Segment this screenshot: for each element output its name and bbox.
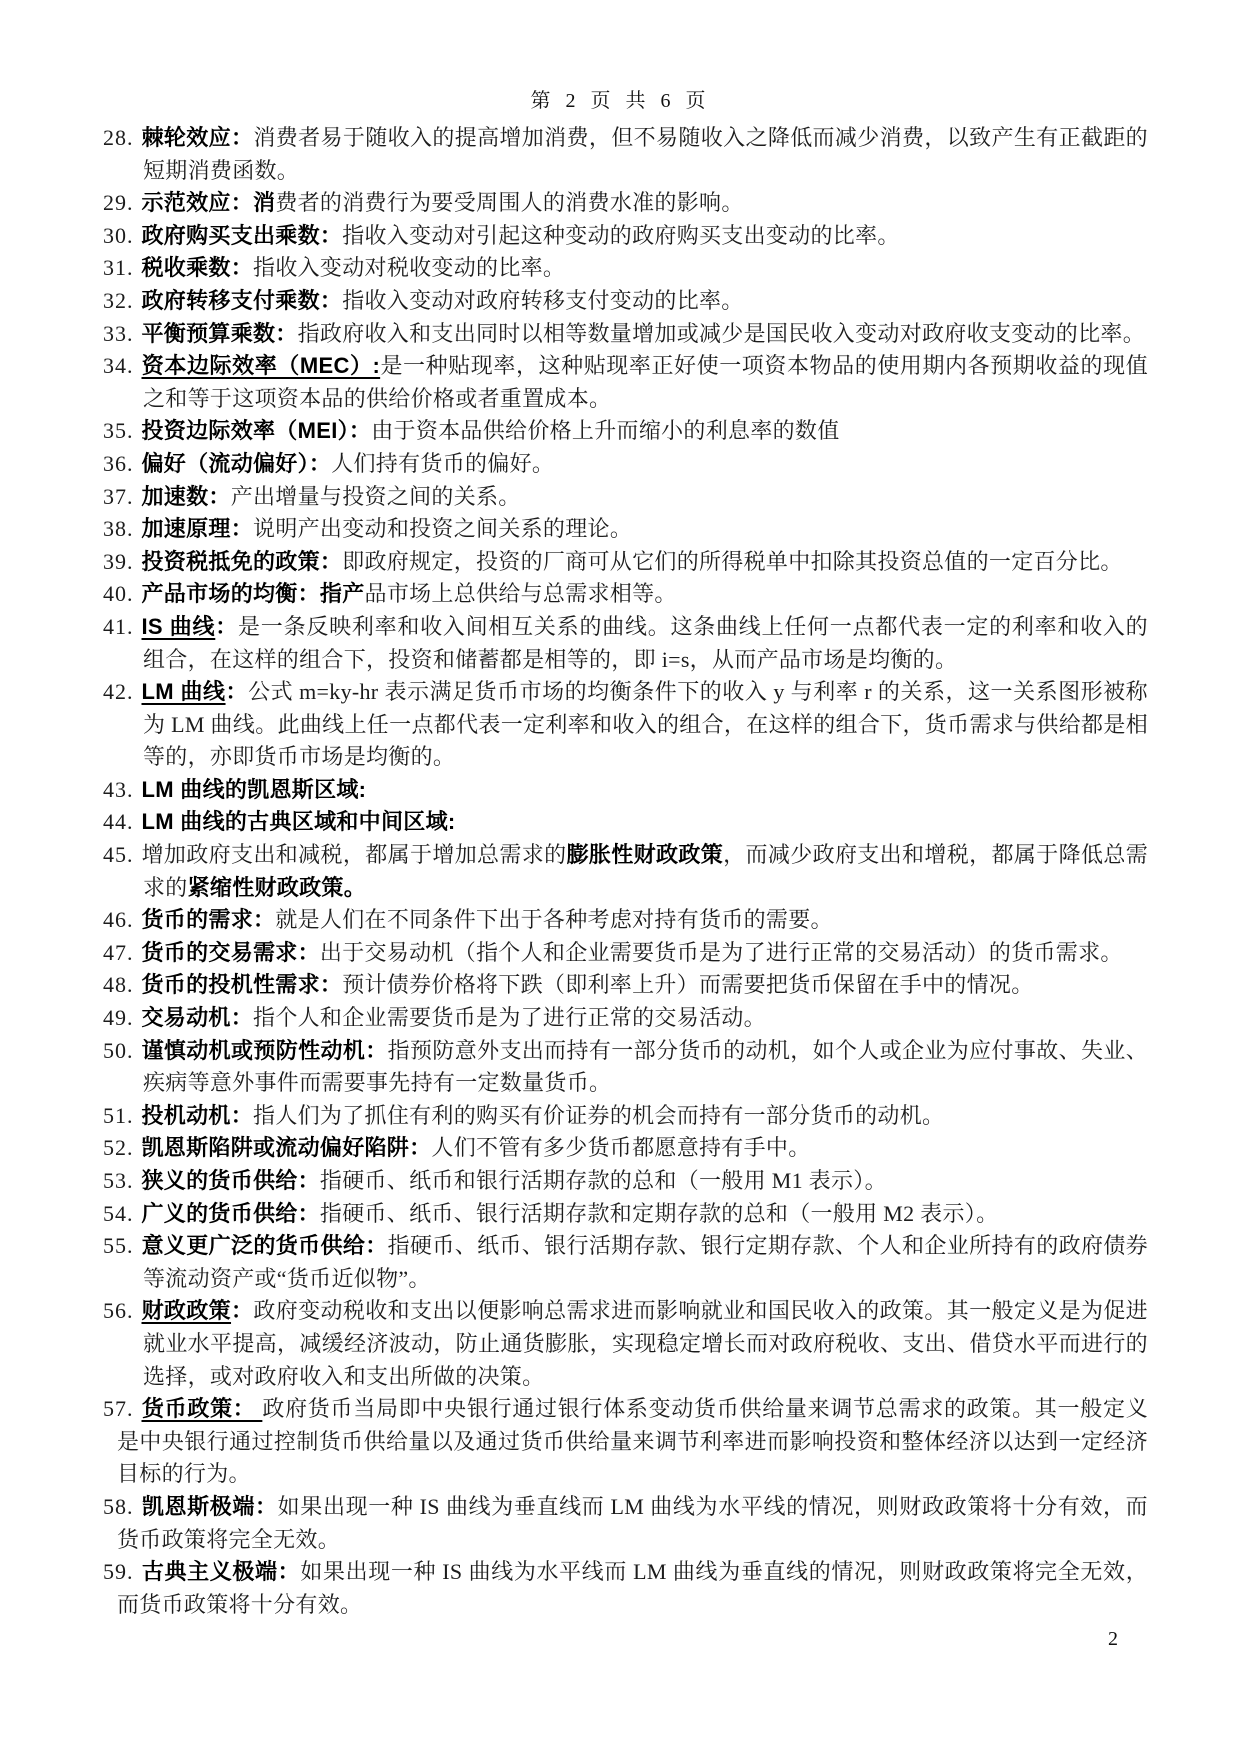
- definition-text: 就是人们在不同条件下出于各种考虑对持有货币的需要。: [275, 907, 833, 932]
- definition-item-35: 35.投资边际效率（MEI）：由于资本品供给价格上升而缩小的利息率的数值: [103, 415, 1148, 448]
- item-number: 52.: [103, 1135, 134, 1160]
- term-text: 棘轮效应：: [142, 125, 254, 150]
- term-text: ：: [226, 679, 249, 704]
- definition-item-57: 57.货币政策： 政府货币当局即中央银行通过银行体系变动货币供给量来调节总需求的…: [103, 1393, 1148, 1491]
- term-text: 财政政策: [142, 1298, 232, 1323]
- definition-item-54: 54.广义的货币供给：指硬币、纸币、银行活期存款和定期存款的总和（一般用 M2 …: [103, 1198, 1148, 1231]
- item-number: 55.: [103, 1233, 134, 1258]
- term-text: 税收乘数：: [142, 255, 254, 280]
- definition-text: 指硬币、纸币和银行活期存款的总和（一般用 M1 表示）。: [320, 1168, 887, 1193]
- term-text: 政府购买支出乘数：: [142, 223, 343, 248]
- term-text: 意义更广泛的货币供给：: [142, 1233, 388, 1258]
- item-number: 47.: [103, 940, 134, 965]
- definition-item-53: 53.狭义的货币供给：指硬币、纸币和银行活期存款的总和（一般用 M1 表示）。: [103, 1165, 1148, 1198]
- definition-text: 指硬币、纸币、银行活期存款和定期存款的总和（一般用 M2 表示）。: [320, 1201, 998, 1226]
- definition-text: 预计债券价格将下跌（即利率上升）而需要把货币保留在手中的情况。: [342, 972, 1033, 997]
- term-text: 紧缩性财政政策。: [188, 875, 366, 900]
- definition-text: 指人们为了抓住有利的购买有价证券的机会而持有一部分货币的动机。: [253, 1103, 944, 1128]
- definition-item-52: 52.凯恩斯陷阱或流动偏好陷阱：人们不管有多少货币都愿意持有手中。: [103, 1132, 1148, 1165]
- item-number: 40.: [103, 581, 134, 606]
- definition-text: 由于资本品供给价格上升而缩小的利息率的数值: [371, 418, 839, 443]
- term-text: LM 曲线的古典区域和中间区域:: [142, 809, 456, 834]
- definition-item-39: 39.投资税抵免的政策：即政府规定，投资的厂商可从它们的所得税单中扣除其投资总值…: [103, 546, 1148, 579]
- definition-item-49: 49.交易动机：指个人和企业需要货币是为了进行正常的交易活动。: [103, 1002, 1148, 1035]
- term-text: 示范效应：消: [142, 190, 276, 215]
- definition-text: 指收入变动对引起这种变动的政府购买支出变动的比率。: [342, 223, 900, 248]
- item-number: 51.: [103, 1103, 134, 1128]
- definition-item-44: 44.LM 曲线的古典区域和中间区域:: [103, 806, 1148, 839]
- definition-item-34: 34.资本边际效率（MEC）:是一种贴现率，这种贴现率正好使一项资本物品的使用期…: [103, 350, 1148, 415]
- definition-text: 指收入变动对税收变动的比率。: [253, 255, 565, 280]
- term-text: 货币的交易需求：: [142, 940, 320, 965]
- document-page: 第 2 页 共 6 页 28.棘轮效应：消费者易于随收入的提高增加消费，但不易随…: [0, 0, 1241, 1754]
- definition-item-38: 38.加速原理：说明产出变动和投资之间关系的理论。: [103, 513, 1148, 546]
- term-text: 凯恩斯陷阱或流动偏好陷阱：: [142, 1135, 432, 1160]
- term-text: IS 曲线: [142, 614, 216, 639]
- item-number: 42.: [103, 679, 134, 704]
- definition-item-59: 59.古典主义极端：如果出现一种 IS 曲线为水平线而 LM 曲线为垂直线的情况…: [103, 1556, 1148, 1621]
- definition-text: 是一条反映利率和收入间相互关系的曲线。这条曲线上任何一点都代表一定的利率和收入的…: [143, 614, 1148, 672]
- term-text: ：: [231, 1298, 253, 1323]
- item-number: 36.: [103, 451, 134, 476]
- term-text: LM 曲线的凯恩斯区域:: [142, 777, 367, 802]
- definition-text: 费者的消费行为要受周围人的消费水准的影响。: [275, 190, 743, 215]
- item-number: 30.: [103, 223, 134, 248]
- definition-text: 人们不管有多少货币都愿意持有手中。: [431, 1135, 810, 1160]
- definition-item-48: 48.货币的投机性需求：预计债券价格将下跌（即利率上升）而需要把货币保留在手中的…: [103, 969, 1148, 1002]
- item-number: 37.: [103, 484, 134, 509]
- item-number: 56.: [103, 1298, 134, 1323]
- item-number: 50.: [103, 1038, 134, 1063]
- item-number: 41.: [103, 614, 134, 639]
- definition-item-58: 58.凯恩斯极端：如果出现一种 IS 曲线为垂直线而 LM 曲线为水平线的情况，…: [103, 1491, 1148, 1556]
- page-header-pagination: 第 2 页 共 6 页: [0, 84, 1241, 113]
- definition-text: 指政府收入和支出同时以相等数量增加或减少是国民收入变动对政府收支变动的比率。: [298, 321, 1145, 346]
- term-text: 平衡预算乘数：: [142, 321, 298, 346]
- item-number: 31.: [103, 255, 134, 280]
- term-text: 交易动机：: [142, 1005, 254, 1030]
- definition-text: 出于交易动机（指个人和企业需要货币是为了进行正常的交易活动）的货币需求。: [320, 940, 1123, 965]
- item-number: 29.: [103, 190, 134, 215]
- definition-item-29: 29.示范效应：消费者的消费行为要受周围人的消费水准的影响。: [103, 187, 1148, 220]
- definition-item-33: 33.平衡预算乘数：指政府收入和支出同时以相等数量增加或减少是国民收入变动对政府…: [103, 318, 1148, 351]
- definition-item-50: 50.谨慎动机或预防性动机：指预防意外支出而持有一部分货币的动机，如个人或企业为…: [103, 1035, 1148, 1100]
- definition-text: 品市场上总供给与总需求相等。: [365, 581, 677, 606]
- definition-text: 政府变动税收和支出以便影响总需求进而影响就业和国民收入的政策。其一般定义是为促进…: [143, 1298, 1148, 1388]
- term-text: 广义的货币供给：: [142, 1201, 320, 1226]
- item-number: 43.: [103, 777, 134, 802]
- term-text: 产品市场的均衡：指产: [142, 581, 365, 606]
- term-text: 投机动机：: [142, 1103, 254, 1128]
- definition-text: 说明产出变动和投资之间关系的理论。: [253, 516, 632, 541]
- definition-item-55: 55.意义更广泛的货币供给：指硬币、纸币、银行活期存款、银行定期存款、个人和企业…: [103, 1230, 1148, 1295]
- item-number: 32.: [103, 288, 134, 313]
- definition-item-51: 51.投机动机：指人们为了抓住有利的购买有价证券的机会而持有一部分货币的动机。: [103, 1100, 1148, 1133]
- item-number: 53.: [103, 1168, 134, 1193]
- item-number: 54.: [103, 1201, 134, 1226]
- term-text: 资本边际效率（MEC）:: [142, 353, 381, 378]
- definition-item-28: 28.棘轮效应：消费者易于随收入的提高增加消费，但不易随收入之降低而减少消费，以…: [103, 122, 1148, 187]
- term-text: 加速原理：: [142, 516, 254, 541]
- item-number: 28.: [103, 125, 134, 150]
- definition-item-43: 43.LM 曲线的凯恩斯区域:: [103, 774, 1148, 807]
- definition-item-36: 36.偏好（流动偏好）：人们持有货币的偏好。: [103, 448, 1148, 481]
- item-number: 48.: [103, 972, 134, 997]
- item-number: 35.: [103, 418, 134, 443]
- item-number: 49.: [103, 1005, 134, 1030]
- term-text: 谨慎动机或预防性动机：: [142, 1038, 388, 1063]
- definition-item-56: 56.财政政策：政府变动税收和支出以便影响总需求进而影响就业和国民收入的政策。其…: [103, 1295, 1148, 1393]
- term-text: 狭义的货币供给：: [142, 1168, 320, 1193]
- definition-item-47: 47.货币的交易需求：出于交易动机（指个人和企业需要货币是为了进行正常的交易活动…: [103, 937, 1148, 970]
- item-number: 38.: [103, 516, 134, 541]
- definition-item-42: 42.LM 曲线：公式 m=ky-hr 表示满足货币市场的均衡条件下的收入 y …: [103, 676, 1148, 774]
- term-text: 偏好（流动偏好）：: [142, 451, 332, 476]
- definition-item-32: 32.政府转移支付乘数：指收入变动对政府转移支付变动的比率。: [103, 285, 1148, 318]
- term-text: 货币政策：: [142, 1396, 263, 1421]
- definition-text: 公式 m=ky-hr 表示满足货币市场的均衡条件下的收入 y 与利率 r 的关系…: [143, 679, 1148, 769]
- definition-text: 指个人和企业需要货币是为了进行正常的交易活动。: [253, 1005, 766, 1030]
- item-number: 33.: [103, 321, 134, 346]
- definition-list: 28.棘轮效应：消费者易于随收入的提高增加消费，但不易随收入之降低而减少消费，以…: [103, 122, 1148, 1621]
- item-number: 46.: [103, 907, 134, 932]
- term-text: LM 曲线: [142, 679, 226, 704]
- definition-item-40: 40.产品市场的均衡：指产品市场上总供给与总需求相等。: [103, 578, 1148, 611]
- definition-text: 消费者易于随收入的提高增加消费，但不易随收入之降低而减少消费，以致产生有正截距的…: [143, 125, 1148, 183]
- definition-text: 增加政府支出和减税，都属于增加总需求的: [142, 842, 567, 867]
- definition-item-46: 46.货币的需求：就是人们在不同条件下出于各种考虑对持有货币的需要。: [103, 904, 1148, 937]
- definition-item-45: 45.增加政府支出和减税，都属于增加总需求的膨胀性财政政策，而减少政府支出和增税…: [103, 839, 1148, 904]
- term-text: 投资税抵免的政策：: [142, 549, 343, 574]
- definition-item-37: 37.加速数：产出增量与投资之间的关系。: [103, 481, 1148, 514]
- item-number: 58.: [103, 1494, 134, 1519]
- definition-text: 政府货币当局即中央银行通过银行体系变动货币供给量来调节总需求的政策。其一般定义是…: [117, 1396, 1148, 1486]
- definition-item-30: 30.政府购买支出乘数：指收入变动对引起这种变动的政府购买支出变动的比率。: [103, 220, 1148, 253]
- definition-text: 产出增量与投资之间的关系。: [231, 484, 521, 509]
- term-text: 政府转移支付乘数：: [142, 288, 343, 313]
- definition-text: 即政府规定，投资的厂商可从它们的所得税单中扣除其投资总值的一定百分比。: [342, 549, 1123, 574]
- term-text: 古典主义极端：: [142, 1559, 301, 1584]
- term-text: 膨胀性财政政策: [567, 842, 724, 867]
- item-number: 39.: [103, 549, 134, 574]
- item-number: 59.: [103, 1559, 134, 1584]
- term-text: 加速数：: [142, 484, 231, 509]
- term-text: 货币的投机性需求：: [142, 972, 343, 997]
- item-number: 44.: [103, 809, 134, 834]
- definition-item-41: 41.IS 曲线：是一条反映利率和收入间相互关系的曲线。这条曲线上任何一点都代表…: [103, 611, 1148, 676]
- item-number: 45.: [103, 842, 134, 867]
- item-number: 34.: [103, 353, 134, 378]
- term-text: ：: [215, 614, 238, 639]
- definition-text: 指收入变动对政府转移支付变动的比率。: [342, 288, 743, 313]
- definition-item-31: 31.税收乘数：指收入变动对税收变动的比率。: [103, 252, 1148, 285]
- definition-text: 人们持有货币的偏好。: [331, 451, 554, 476]
- term-text: 凯恩斯极端：: [142, 1494, 278, 1519]
- term-text: 货币的需求：: [142, 907, 276, 932]
- item-number: 57.: [103, 1396, 134, 1421]
- term-text: 投资边际效率（MEI）：: [142, 418, 372, 443]
- page-number: 2: [1108, 1628, 1118, 1651]
